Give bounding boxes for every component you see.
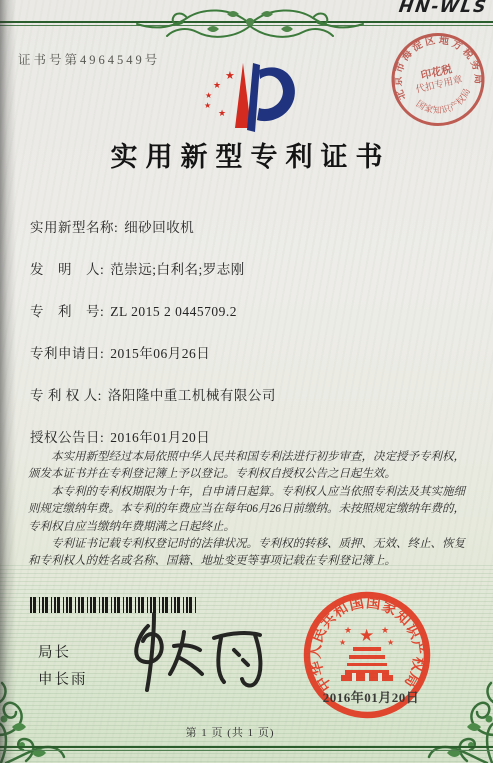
field-invention-name: 实用新型名称:细砂回收机 [30, 216, 194, 236]
field-inventors: 发 明 人:范崇远;白利名;罗志刚 [30, 258, 245, 278]
svg-text:★: ★ [387, 638, 394, 647]
bottom-border-line-thin [0, 750, 493, 751]
tax-office-stamp: 北京市海淀区地方税务局 印花税 代扣专用章 国家知识产权局 [377, 17, 493, 142]
certificate-page: HN-WLS 证书号第4964549号 北京市海淀区地方税务局 印花税 代扣专用… [0, 0, 493, 763]
logo-blue-stem [247, 63, 260, 132]
field-inventors-value: 范崇远;白利名;罗志刚 [110, 262, 245, 277]
body-paragraph-1: 本实用新型经过本局依照中华人民共和国专利法进行初步审查，决定授予专利权，颁发本证… [28, 449, 465, 484]
certificate-title: 实用新型专利证书 [0, 135, 493, 174]
seal-big-star-icon: ★ [359, 626, 374, 646]
field-patent-number-label: 专 利 号: [30, 304, 104, 319]
svg-text:★: ★ [205, 91, 212, 100]
field-filing-date-value: 2015年06月26日 [110, 346, 210, 361]
field-invention-name-label: 实用新型名称: [30, 220, 118, 235]
field-inventors-label: 发 明 人: [30, 262, 104, 277]
svg-text:★: ★ [218, 109, 226, 119]
field-patent-number: 专 利 号:ZL 2015 2 0445709.2 [30, 300, 237, 320]
bottom-border-line [0, 746, 493, 748]
field-filing-date: 专利申请日:2015年06月26日 [30, 342, 210, 362]
legal-body-text: 本实用新型经过本局依照中华人民共和国专利法进行初步审查，决定授予专利权，颁发本证… [28, 449, 465, 571]
field-grant-date: 授权公告日:2016年01月20日 [30, 426, 210, 446]
certificate-number: 证书号第4964549号 [18, 50, 160, 68]
field-filing-date-label: 专利申请日: [30, 346, 104, 361]
seal-date: 2016年01月20日 [302, 687, 440, 706]
svg-text:★: ★ [381, 626, 389, 636]
field-grant-date-label: 授权公告日: [30, 430, 104, 445]
sipo-patent-logo: ★ ★ ★ ★ ★ [196, 58, 300, 138]
top-flourish-ornament [127, 4, 373, 44]
logo-blue-bowl [257, 67, 295, 121]
svg-text:★: ★ [339, 638, 346, 647]
body-paragraph-3: 专利证书记载专利权登记时的法律状况。专利权的转移、质押、无效、终止、恢复和专利权… [28, 536, 465, 571]
page-footer: 第 1 页 (共 1 页) [150, 724, 310, 740]
scan-shadow [0, 0, 16, 763]
body-paragraph-2: 本专利的专利权期限为十年，自申请日起算。专利权人应当依照专利法及其实施细则规定缴… [28, 484, 465, 536]
svg-text:★: ★ [344, 626, 352, 636]
field-patentee-label: 专 利 权 人: [30, 388, 102, 403]
field-patentee-value: 洛阳隆中重工机械有限公司 [108, 388, 276, 403]
field-patent-number-value: ZL 2015 2 0445709.2 [110, 304, 237, 319]
logo-star-icon: ★ [225, 69, 235, 82]
seal-tiananmen-roof [353, 647, 381, 651]
field-grant-date-value: 2016年01月20日 [110, 430, 210, 445]
svg-text:★: ★ [204, 101, 211, 110]
handwritten-code: HN-WLS [398, 0, 489, 17]
signature-shen-changyu [118, 610, 270, 696]
svg-text:★: ★ [213, 81, 221, 91]
field-invention-name-value: 细砂回收机 [124, 220, 194, 235]
field-patentee: 专 利 权 人:洛阳隆中重工机械有限公司 [30, 384, 276, 404]
signer-title: 局长 [38, 641, 71, 662]
